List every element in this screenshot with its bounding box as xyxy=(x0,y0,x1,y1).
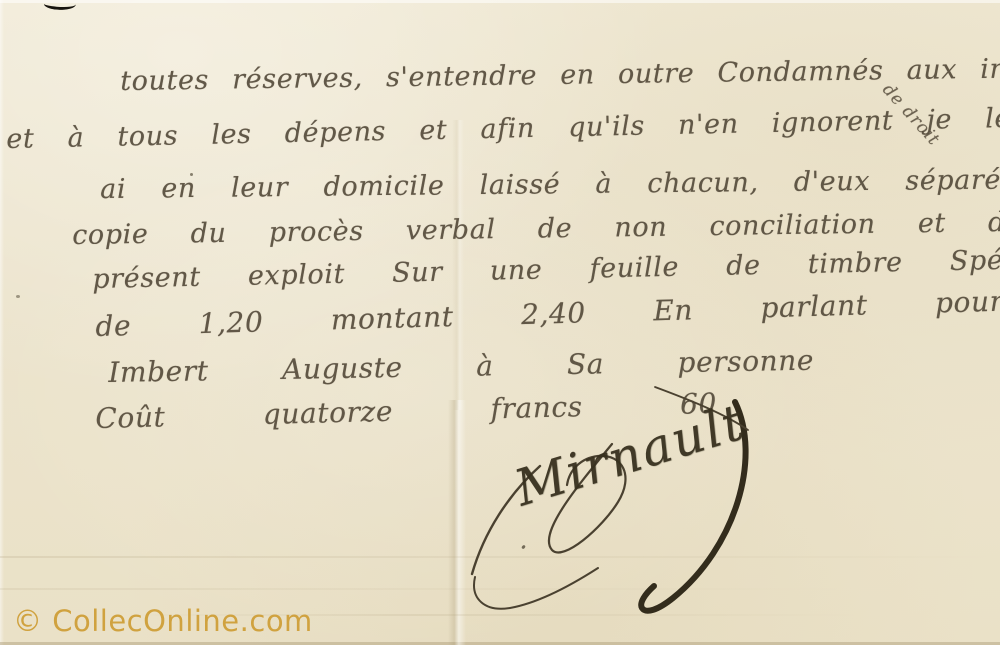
manuscript-line-4: copie du procès verbal de non conciliati… xyxy=(72,207,1000,251)
scanned-document: toutes réserves, s'entendre en outre Con… xyxy=(0,0,1000,645)
manuscript-line-3: ai en leur domicile laissé à chacun, d'e… xyxy=(100,164,1000,205)
ink-speck xyxy=(16,295,20,298)
stray-ink-mark xyxy=(44,0,77,11)
manuscript-line-1: toutes réserves, s'entendre en outre Con… xyxy=(120,52,1000,97)
watermark-logo: © CollecOnline.com xyxy=(13,604,313,638)
manuscript-line-2: et à tous les dépens et afin qu'ils n'en… xyxy=(6,102,1000,155)
manuscript-line-5: présent exploit Sur une feuille de timbr… xyxy=(92,244,1000,295)
scan-edge-top xyxy=(0,0,1000,3)
manuscript-line-6: de 1,20 montant 2,40 En parlant pour xyxy=(95,285,1000,343)
scan-edge-left xyxy=(0,0,4,645)
